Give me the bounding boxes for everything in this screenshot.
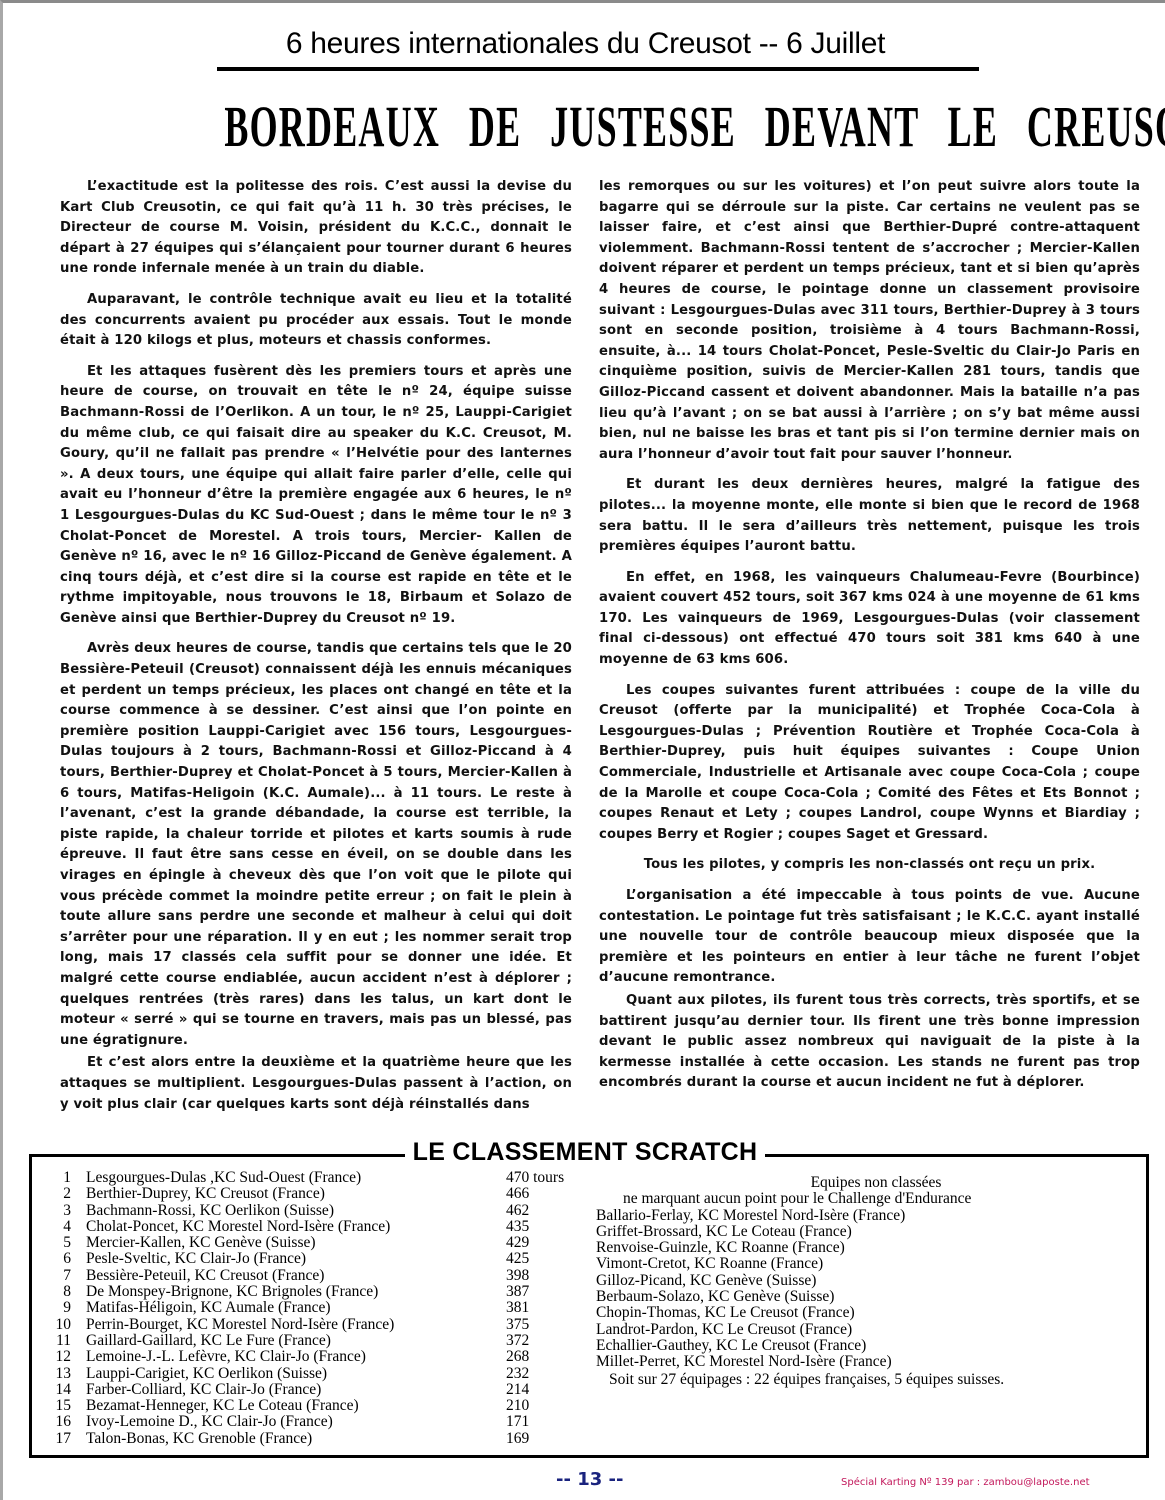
unclassed-subheading: ne marquant aucun point pour le Challeng…: [596, 1191, 1116, 1207]
ranking-title: LE CLASSEMENT SCRATCH: [405, 1138, 765, 1167]
ranking-team: Bessière-Peteuil, KC Creusot (France): [86, 1268, 506, 1284]
ranking-team: De Monspey-Brignone, KC Brignoles (Franc…: [86, 1284, 506, 1300]
ranking-row: 17Talon-Bonas, KC Grenoble (France)169: [48, 1431, 608, 1447]
ranking-row: 15Bezamat-Henneger, KC Le Coteau (France…: [48, 1398, 608, 1414]
ranking-position: 6: [48, 1251, 71, 1267]
ranking-laps: 375: [506, 1317, 596, 1333]
ranking-position: 2: [48, 1186, 71, 1202]
ranking-position: 14: [48, 1382, 71, 1398]
unclassed-summary: Soit sur 27 équipages : 22 équipes franç…: [596, 1372, 1116, 1388]
ranking-row: 4Cholat-Poncet, KC Morestel Nord-Isère (…: [48, 1219, 608, 1235]
article-left-column: L’exactitude est la politesse des rois. …: [60, 177, 572, 1125]
unclassed-team: Landrot-Pardon, KC Le Creusot (France): [596, 1322, 1116, 1338]
credit-line: Spécial Karting Nº 139 par : zambou@lapo…: [841, 1477, 1090, 1488]
page-number: -- 13 --: [556, 1469, 623, 1490]
article-paragraph: L’organisation a été impeccable à tous p…: [599, 886, 1140, 989]
ranking-team: Berthier-Duprey, KC Creusot (France): [86, 1186, 506, 1202]
ranking-team: Lesgourgues-Dulas ,KC Sud-Ouest (France): [86, 1170, 506, 1186]
ranking-row: 14Farber-Colliard, KC Clair-Jo (France)2…: [48, 1382, 608, 1398]
ranking-laps: 466: [506, 1186, 596, 1202]
ranking-row: 6Pesle-Sveltic, KC Clair-Jo (France)425: [48, 1251, 608, 1267]
ranking-row: 9Matifas-Héligoin, KC Aumale (France)381: [48, 1300, 608, 1316]
supertitle: 6 heures internationales du Creusot -- 6…: [3, 27, 1165, 61]
ranking-position: 3: [48, 1203, 71, 1219]
ranking-laps: 232: [506, 1366, 596, 1382]
headline: BORDEAUX DE JUSTESSE DEVANT LE CREUSOT: [224, 95, 946, 159]
ranking-position: 11: [48, 1333, 71, 1349]
ranking-position: 15: [48, 1398, 71, 1414]
ranking-row: 5Mercier-Kallen, KC Genève (Suisse)429: [48, 1235, 608, 1251]
ranking-row: 12Lemoine-J.-L. Lefèvre, KC Clair-Jo (Fr…: [48, 1349, 608, 1365]
ranking-laps: 214: [506, 1382, 596, 1398]
ranking-team: Lauppi-Carigiet, KC Oerlikon (Suisse): [86, 1366, 506, 1382]
ranking-team: Gaillard-Gaillard, KC Le Fure (France): [86, 1333, 506, 1349]
unclassed-team: Berbaum-Solazo, KC Genève (Suisse): [596, 1289, 1116, 1305]
ranking-laps: 381: [506, 1300, 596, 1316]
article-right-column: les remorques ou sur les voitures) et l’…: [599, 177, 1140, 1104]
unclassed-team: Chopin-Thomas, KC Le Creusot (France): [596, 1305, 1116, 1321]
ranking-position: 17: [48, 1431, 71, 1447]
unclassed-team: Millet-Perret, KC Morestel Nord-Isère (F…: [596, 1354, 1116, 1370]
ranking-row: 16Ivoy-Lemoine D., KC Clair-Jo (France)1…: [48, 1414, 608, 1430]
ranking-position: 4: [48, 1219, 71, 1235]
unclassed-team: Ballario-Ferlay, KC Morestel Nord-Isère …: [596, 1208, 1116, 1224]
ranking-position: 16: [48, 1414, 71, 1430]
ranking-row: 2Berthier-Duprey, KC Creusot (France)466: [48, 1186, 608, 1202]
ranking-row: 11Gaillard-Gaillard, KC Le Fure (France)…: [48, 1333, 608, 1349]
unclassed-team: Renvoise-Guinzle, KC Roanne (France): [596, 1240, 1116, 1256]
ranking-row: 8De Monspey-Brignone, KC Brignoles (Fran…: [48, 1284, 608, 1300]
ranking-row: 1Lesgourgues-Dulas ,KC Sud-Ouest (France…: [48, 1170, 608, 1186]
ranking-row: 3Bachmann-Rossi, KC Oerlikon (Suisse)462: [48, 1203, 608, 1219]
ranking-team: Cholat-Poncet, KC Morestel Nord-Isère (F…: [86, 1219, 506, 1235]
article-paragraph: Quant aux pilotes, ils furent tous très …: [599, 991, 1140, 1094]
article-paragraph: Et les attaques fusèrent dès les premier…: [60, 362, 572, 630]
article-paragraph: Avrès deux heures de course, tandis que …: [60, 639, 572, 1051]
article-paragraph: En effet, en 1968, les vainqueurs Chalum…: [599, 568, 1140, 671]
ranking-position: 13: [48, 1366, 71, 1382]
ranking-row: 10Perrin-Bourget, KC Morestel Nord-Isère…: [48, 1317, 608, 1333]
ranking-laps: 169: [506, 1431, 596, 1447]
unclassed-teams: Equipes non classées ne marquant aucun p…: [596, 1175, 1116, 1388]
ranking-list: 1Lesgourgues-Dulas ,KC Sud-Ouest (France…: [48, 1170, 608, 1447]
article-paragraph: les remorques ou sur les voitures) et l’…: [599, 177, 1140, 465]
ranking-team: Mercier-Kallen, KC Genève (Suisse): [86, 1235, 506, 1251]
ranking-team: Perrin-Bourget, KC Morestel Nord-Isère (…: [86, 1317, 506, 1333]
ranking-team: Farber-Colliard, KC Clair-Jo (France): [86, 1382, 506, 1398]
unclassed-list: Ballario-Ferlay, KC Morestel Nord-Isère …: [596, 1208, 1116, 1371]
ranking-laps: 210: [506, 1398, 596, 1414]
ranking-laps: 171: [506, 1414, 596, 1430]
ranking-team: Ivoy-Lemoine D., KC Clair-Jo (France): [86, 1414, 506, 1430]
ranking-position: 5: [48, 1235, 71, 1251]
ranking-laps: 387: [506, 1284, 596, 1300]
ranking-team: Bachmann-Rossi, KC Oerlikon (Suisse): [86, 1203, 506, 1219]
ranking-row: 13Lauppi-Carigiet, KC Oerlikon (Suisse)2…: [48, 1366, 608, 1382]
ranking-row: 7Bessière-Peteuil, KC Creusot (France)39…: [48, 1268, 608, 1284]
ranking-laps: 398: [506, 1268, 596, 1284]
unclassed-team: Vimont-Cretot, KC Roanne (France): [596, 1256, 1116, 1272]
unclassed-heading: Equipes non classées: [596, 1175, 1116, 1191]
ranking-position: 10: [48, 1317, 71, 1333]
ranking-team: Matifas-Héligoin, KC Aumale (France): [86, 1300, 506, 1316]
unclassed-team: Gilloz-Picand, KC Genève (Suisse): [596, 1273, 1116, 1289]
ranking-team: Talon-Bonas, KC Grenoble (France): [86, 1431, 506, 1447]
ranking-team: Bezamat-Henneger, KC Le Coteau (France): [86, 1398, 506, 1414]
supertitle-rule: [217, 67, 979, 71]
ranking-laps: 470 tours: [506, 1170, 596, 1186]
ranking-team: Pesle-Sveltic, KC Clair-Jo (France): [86, 1251, 506, 1267]
ranking-position: 1: [48, 1170, 71, 1186]
unclassed-team: Griffet-Brossard, KC Le Coteau (France): [596, 1224, 1116, 1240]
ranking-laps: 425: [506, 1251, 596, 1267]
ranking-laps: 429: [506, 1235, 596, 1251]
unclassed-team: Echallier-Gauthey, KC Le Creusot (France…: [596, 1338, 1116, 1354]
article-paragraph: Les coupes suivantes furent attribuées :…: [599, 681, 1140, 846]
ranking-laps: 435: [506, 1219, 596, 1235]
ranking-laps: 372: [506, 1333, 596, 1349]
ranking-laps: 268: [506, 1349, 596, 1365]
ranking-position: 7: [48, 1268, 71, 1284]
ranking-team: Lemoine-J.-L. Lefèvre, KC Clair-Jo (Fran…: [86, 1349, 506, 1365]
ranking-laps: 462: [506, 1203, 596, 1219]
article-paragraph: Et durant les deux dernières heures, mal…: [599, 475, 1140, 557]
article-paragraph: Auparavant, le contrôle technique avait …: [60, 290, 572, 352]
article-paragraph: L’exactitude est la politesse des rois. …: [60, 177, 572, 280]
ranking-position: 9: [48, 1300, 71, 1316]
ranking-position: 12: [48, 1349, 71, 1365]
article-paragraph: Et c’est alors entre la deuxième et la q…: [60, 1053, 572, 1115]
article-paragraph: Tous les pilotes, y compris les non-clas…: [599, 855, 1140, 876]
ranking-position: 8: [48, 1284, 71, 1300]
